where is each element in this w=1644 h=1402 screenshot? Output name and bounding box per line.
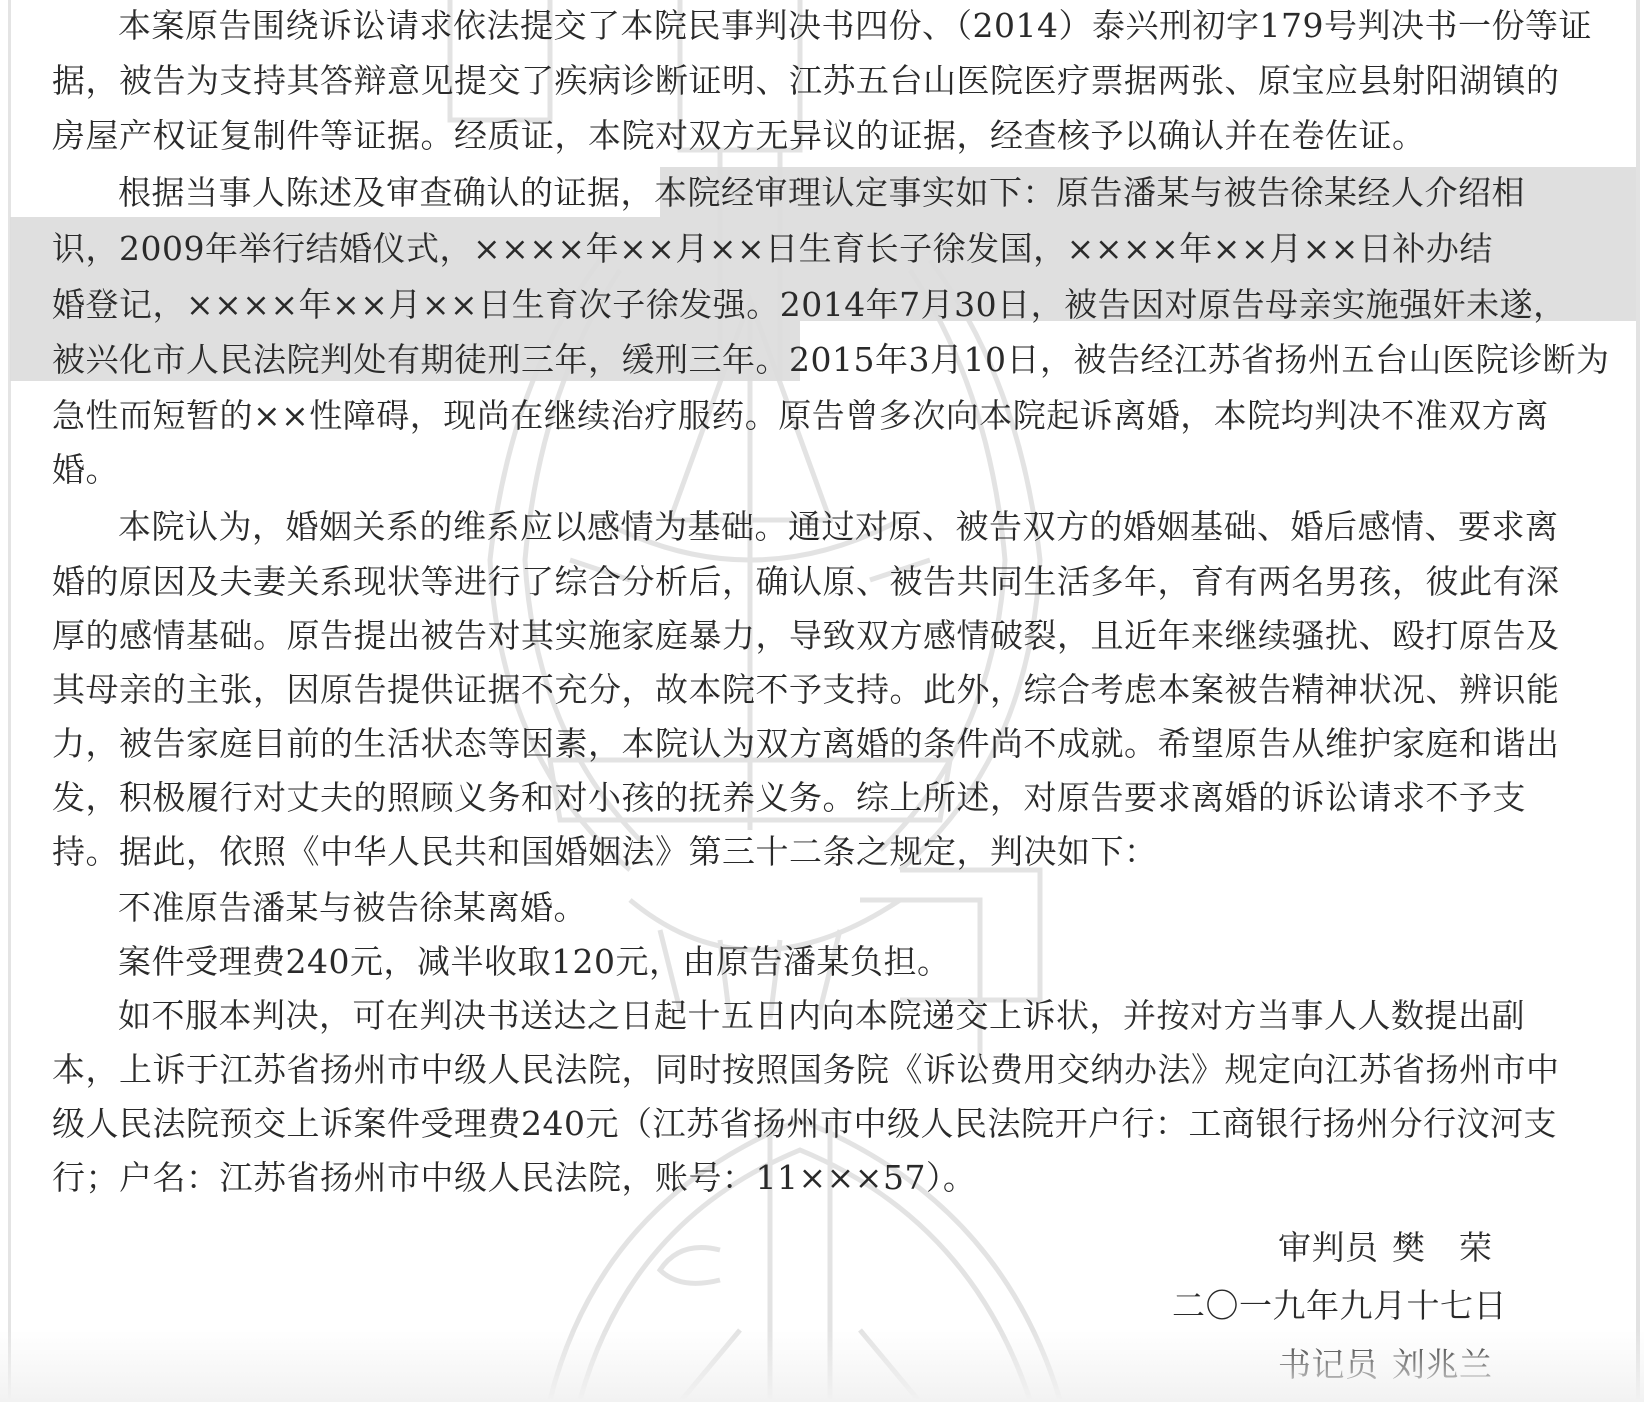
paragraph-appeal-line: 级人民法院预交上诉案件受理费240元（江苏省扬州市中级人民法院开户行：工商银行扬… <box>52 1104 1557 1144</box>
paragraph-reasoning-line: 其母亲的主张，因原告提供证据不充分，故本院不予支持。此外，综合考虑本案被告精神状… <box>52 670 1560 710</box>
paragraph-facts-line: 急性而短暂的××性障碍，现尚在继续治疗服药。原告曾多次向本院起诉离婚，本院均判决… <box>52 396 1549 436</box>
paragraph-appeal-line: 本，上诉于江苏省扬州市中级人民法院，同时按照国务院《诉讼费用交纳办法》规定向江苏… <box>52 1050 1560 1090</box>
ruling-line: 不准原告潘某与被告徐某离婚。 <box>118 888 587 928</box>
paragraph-reasoning-line: 本院认为，婚姻关系的维系应以感情为基础。通过对原、被告双方的婚姻基础、婚后感情、… <box>118 507 1559 547</box>
paragraph-reasoning-line: 婚的原因及夫妻关系现状等进行了综合分析后，确认原、被告共同生活多年，育有两名男孩… <box>52 562 1560 602</box>
fee-line: 案件受理费240元，减半收取120元，由原告潘某负担。 <box>118 942 950 982</box>
paragraph-reasoning-line: 力，被告家庭目前的生活状态等因素，本院认为双方离婚的条件尚不成就。希望原告从维护… <box>52 724 1560 764</box>
document-page: 本案原告围绕诉讼请求依法提交了本院民事判决书四份、（2014）泰兴刑初字179号… <box>0 0 1644 1402</box>
paragraph-evidence-line: 本案原告围绕诉讼请求依法提交了本院民事判决书四份、（2014）泰兴刑初字179号… <box>118 6 1592 46</box>
judge-name: 樊 荣 <box>1392 1228 1493 1268</box>
paragraph-facts-line: 根据当事人陈述及审查确认的证据，本院经审理认定事实如下：原告潘某与被告徐某经人介… <box>118 173 1525 213</box>
paragraph-facts-line: 被兴化市人民法院判处有期徒刑三年，缓刑三年。2015年3月10日，被告经江苏省扬… <box>52 340 1609 380</box>
judgment-text: 本案原告围绕诉讼请求依法提交了本院民事判决书四份、（2014）泰兴刑初字179号… <box>0 0 1644 1402</box>
paragraph-facts-line: 婚登记，××××年××月××日生育次子徐发强。2014年7月30日，被告因对原告… <box>52 285 1567 325</box>
judge-label: 审判员 <box>1278 1228 1379 1268</box>
paragraph-reasoning-line: 发，积极履行对丈夫的照顾义务和对小孩的抚养义务。综上所述，对原告要求离婚的诉讼请… <box>52 778 1526 818</box>
paragraph-evidence-line: 房屋产权证复制件等证据。经质证，本院对双方无异议的证据，经查核予以确认并在卷佐证… <box>52 116 1426 156</box>
paragraph-facts-line: 婚。 <box>52 450 119 490</box>
paragraph-reasoning-line: 持。据此，依照《中华人民共和国婚姻法》第三十二条之规定，判决如下： <box>52 832 1158 872</box>
paragraph-evidence-line: 据，被告为支持其答辩意见提交了疾病诊断证明、江苏五台山医院医疗票据两张、原宝应县… <box>52 61 1560 101</box>
paragraph-appeal-line: 行；户名：江苏省扬州市中级人民法院，账号：11×××57）。 <box>52 1158 976 1198</box>
page-bottom-shadow <box>0 1330 1644 1402</box>
paragraph-facts-line: 识，2009年举行结婚仪式，××××年××月××日生育长子徐发国，××××年××… <box>52 229 1493 269</box>
paragraph-appeal-line: 如不服本判决，可在判决书送达之日起十五日内向本院递交上诉状，并按对方当事人人数提… <box>118 996 1525 1036</box>
judgment-date: 二〇一九年九月十七日 <box>1172 1286 1507 1326</box>
paragraph-reasoning-line: 厚的感情基础。原告提出被告对其实施家庭暴力，导致双方感情破裂，且近年来继续骚扰、… <box>52 616 1560 656</box>
